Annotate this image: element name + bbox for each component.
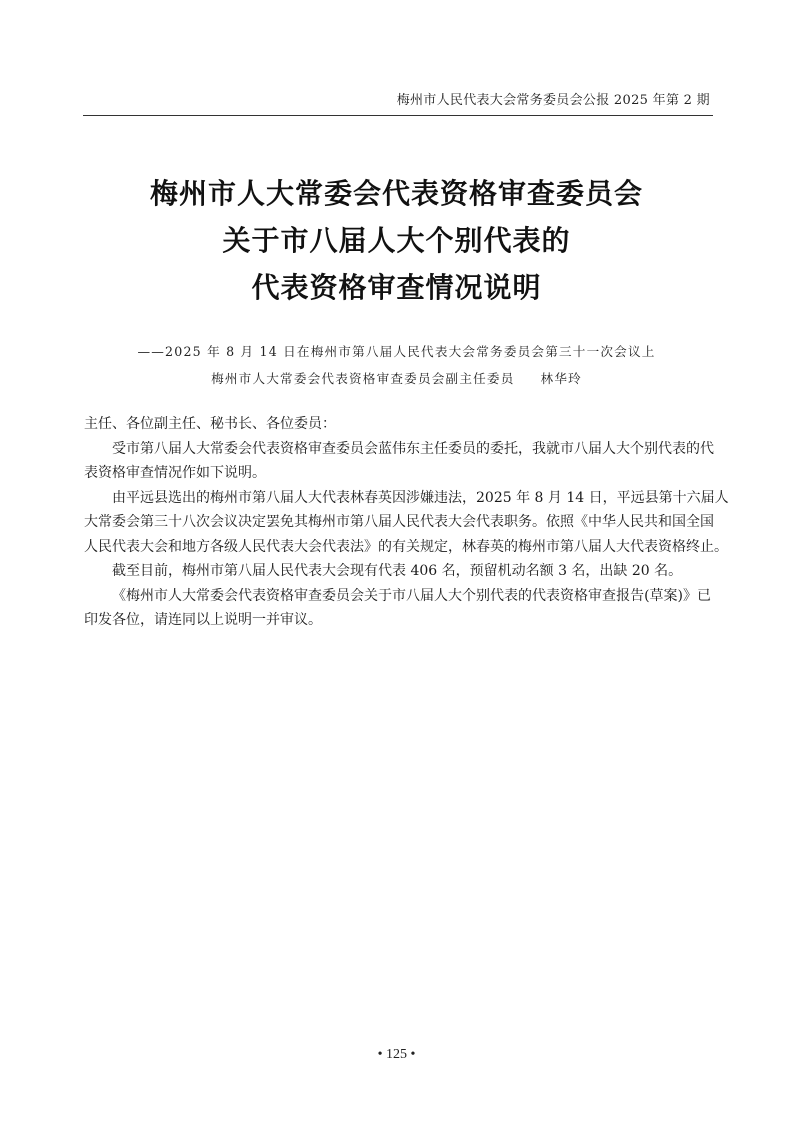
- paragraph-1: 受市第八届人大常委会代表资格审查委员会蓝伟东主任委员的委托，我就市八届人大个别代…: [84, 437, 711, 486]
- paragraph-line: 由平远县选出的梅州市第八届人大代表林春英因涉嫌违法，2025 年 8 月 14 …: [84, 486, 711, 511]
- paragraph-line: 《梅州市人大常委会代表资格审查委员会关于市八届人大个别代表的代表资格审查报告(草…: [84, 584, 711, 609]
- page-number: • 125 •: [0, 1047, 793, 1063]
- speaker-position: 梅州市人大常委会代表资格审查委员会副主任委员: [211, 371, 514, 386]
- speaker-name: 林华玲: [541, 371, 582, 386]
- paragraph-line: 截至目前，梅州市第八届人民代表大会现有代表 406 名，预留机动名额 3 名，出…: [84, 559, 711, 584]
- document-title: 梅州市人大常委会代表资格审查委员会 关于市八届人大个别代表的 代表资格审查情况说…: [0, 170, 793, 311]
- paragraph-line: 受市第八届人大常委会代表资格审查委员会蓝伟东主任委员的委托，我就市八届人大个别代…: [84, 437, 711, 462]
- subtitle-speaker: 梅州市人大常委会代表资格审查委员会副主任委员林华玲: [0, 365, 793, 392]
- paragraph-4: 《梅州市人大常委会代表资格审查委员会关于市八届人大个别代表的代表资格审查报告(草…: [84, 584, 711, 633]
- paragraph-line: 表资格审查情况作如下说明。: [84, 461, 711, 486]
- paragraph-line: 印发各位，请连同以上说明一并审议。: [84, 608, 711, 633]
- document-subtitle: ——2025 年 8 月 14 日在梅州市第八届人民代表大会常务委员会第三十一次…: [0, 338, 793, 392]
- title-line-2: 关于市八届人大个别代表的: [0, 217, 793, 264]
- paragraph-line: 大常委会第三十八次会议决定罢免其梅州市第八届人民代表大会代表职务。依照《中华人民…: [84, 510, 711, 535]
- title-line-1: 梅州市人大常委会代表资格审查委员会: [0, 170, 793, 217]
- paragraph-2: 由平远县选出的梅州市第八届人大代表林春英因涉嫌违法，2025 年 8 月 14 …: [84, 486, 711, 560]
- running-header-title: 梅州市人民代表大会常务委员会公报 2025 年第 2 期: [397, 93, 710, 108]
- subtitle-occasion: ——2025 年 8 月 14 日在梅州市第八届人民代表大会常务委员会第三十一次…: [0, 338, 793, 365]
- paragraph-line: 人民代表大会和地方各级人民代表大会代表法》的有关规定，林春英的梅州市第八届人大代…: [84, 535, 711, 560]
- salutation: 主任、各位副主任、秘书长、各位委员：: [84, 412, 711, 437]
- title-line-3: 代表资格审查情况说明: [0, 264, 793, 311]
- document-body: 主任、各位副主任、秘书长、各位委员： 受市第八届人大常委会代表资格审查委员会蓝伟…: [84, 412, 711, 633]
- salutation-line: 主任、各位副主任、秘书长、各位委员：: [84, 412, 711, 437]
- paragraph-3: 截至目前，梅州市第八届人民代表大会现有代表 406 名，预留机动名额 3 名，出…: [84, 559, 711, 584]
- header-rule: [83, 115, 713, 116]
- running-header: 梅州市人民代表大会常务委员会公报 2025 年第 2 期: [83, 92, 710, 110]
